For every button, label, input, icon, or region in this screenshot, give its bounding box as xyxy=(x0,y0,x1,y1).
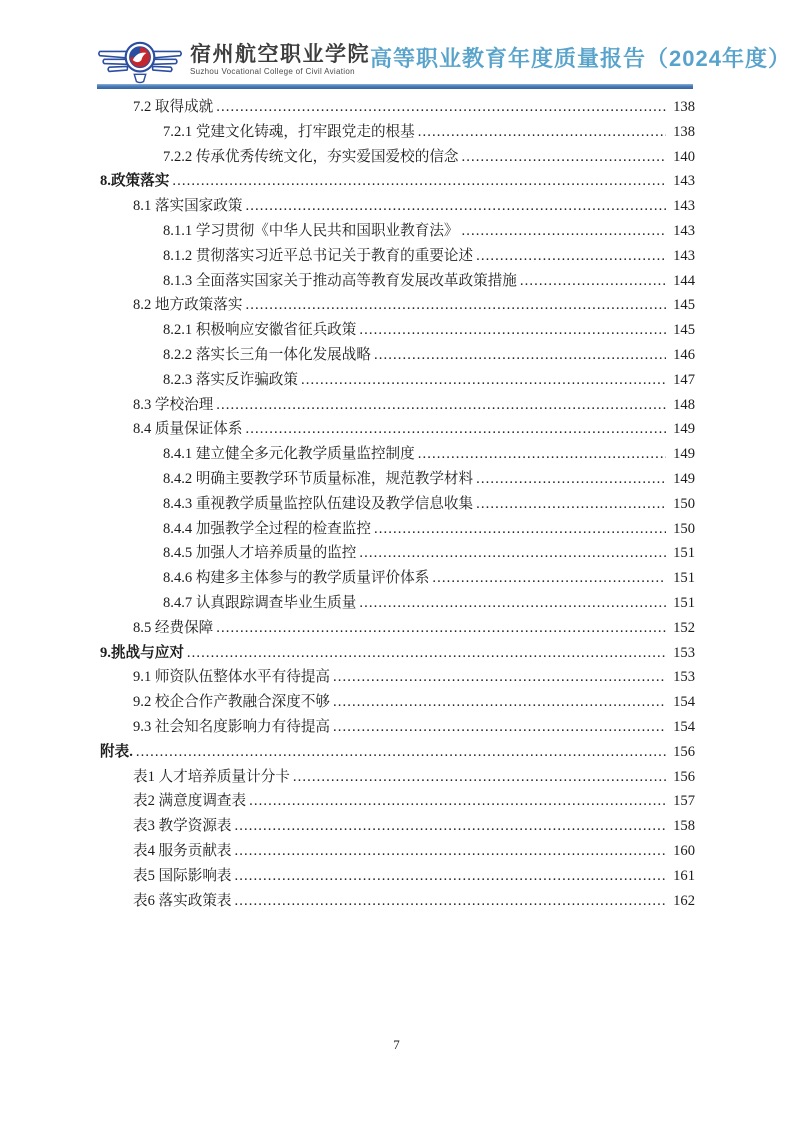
toc-leader-dots xyxy=(216,393,666,418)
toc-entry-label: 9.2 校企合作产教融合深度不够 xyxy=(133,690,330,715)
page-number: 7 xyxy=(0,1037,793,1053)
college-name-en: Suzhou Vocational College of Civil Aviat… xyxy=(190,67,370,77)
toc-entry-label: 8.4.2 明确主要教学环节质量标准，规范教学材料 xyxy=(163,467,473,492)
toc-entry-page: 154 xyxy=(668,715,695,740)
toc-entry-label: 7.2 取得成就 xyxy=(133,95,213,120)
toc-entry-page: 143 xyxy=(668,244,695,269)
toc-leader-dots xyxy=(476,244,666,269)
toc-entry-page: 144 xyxy=(668,269,695,294)
toc-entry-label: 8.2 地方政策落实 xyxy=(133,293,242,318)
toc-entry-label: 8.4.7 认真跟踪调查毕业生质量 xyxy=(163,591,356,616)
toc-entry-label: 8.2.2 落实长三角一体化发展战略 xyxy=(163,343,371,368)
toc-entry[interactable]: 8.4.1 建立健全多元化教学质量监控制度 149 xyxy=(100,442,695,467)
toc-entry-label: 8.4.4 加强教学全过程的检查监控 xyxy=(163,517,371,542)
toc-leader-dots xyxy=(333,715,666,740)
toc-list: 7.2 取得成就 138 7.2.1 党建文化铸魂，打牢跟党走的根基 138 7… xyxy=(100,95,695,913)
toc-leader-dots xyxy=(520,269,666,294)
toc-entry-label: 8.1 落实国家政策 xyxy=(133,194,242,219)
toc-entry-page: 148 xyxy=(668,393,695,418)
toc-entry-page: 160 xyxy=(668,839,695,864)
toc-entry[interactable]: 8.1 落实国家政策 143 xyxy=(100,194,695,219)
toc-entry-label: 表5 国际影响表 xyxy=(133,864,232,889)
toc-entry[interactable]: 8.4 质量保证体系 149 xyxy=(100,417,695,442)
toc-leader-dots xyxy=(293,765,666,790)
toc-entry-page: 156 xyxy=(668,740,695,765)
toc-entry[interactable]: 表6 落实政策表 162 xyxy=(100,889,695,914)
toc-entry[interactable]: 9.挑战与应对 153 xyxy=(100,641,695,666)
toc-entry-label: 8.3 学校治理 xyxy=(133,393,213,418)
toc-leader-dots xyxy=(462,145,666,170)
toc-entry-page: 153 xyxy=(668,641,695,666)
toc-entry-label: 表3 教学资源表 xyxy=(133,814,232,839)
toc-leader-dots xyxy=(235,814,666,839)
toc-leader-dots xyxy=(216,616,666,641)
toc-leader-dots xyxy=(359,541,666,566)
toc-entry-label: 8.4.3 重视教学质量监控队伍建设及教学信息收集 xyxy=(163,492,473,517)
toc-entry[interactable]: 8.2.2 落实长三角一体化发展战略 146 xyxy=(100,343,695,368)
toc-entry-label: 8.2.3 落实反诈骗政策 xyxy=(163,368,298,393)
toc-leader-dots xyxy=(172,169,666,194)
toc-leader-dots xyxy=(249,789,666,814)
report-title: 高等职业教育年度质量报告（2024年度） xyxy=(370,42,791,79)
toc-entry-page: 149 xyxy=(668,467,695,492)
toc-entry-label: 附表. xyxy=(100,740,133,765)
toc-entry-label: 7.2.1 党建文化铸魂，打牢跟党走的根基 xyxy=(163,120,415,145)
toc-entry-page: 154 xyxy=(668,690,695,715)
toc-leader-dots xyxy=(462,219,666,244)
toc-entry-page: 146 xyxy=(668,343,695,368)
toc-leader-dots xyxy=(235,864,666,889)
toc-entry[interactable]: 9.1 师资队伍整体水平有待提高 153 xyxy=(100,665,695,690)
toc-entry[interactable]: 表2 满意度调查表 157 xyxy=(100,789,695,814)
toc-entry[interactable]: 表1 人才培养质量计分卡 156 xyxy=(100,765,695,790)
toc-entry-label: 8.4.6 构建多主体参与的教学质量评价体系 xyxy=(163,566,429,591)
toc-entry[interactable]: 8.4.5 加强人才培养质量的监控 151 xyxy=(100,541,695,566)
toc-entry[interactable]: 8.1.1 学习贯彻《中华人民共和国职业教育法》 143 xyxy=(100,219,695,244)
toc-leader-dots xyxy=(235,889,666,914)
toc-entry-label: 8.4.1 建立健全多元化教学质量监控制度 xyxy=(163,442,415,467)
toc-entry[interactable]: 8.政策落实 143 xyxy=(100,169,695,194)
toc-entry-page: 149 xyxy=(668,417,695,442)
toc-entry[interactable]: 8.4.2 明确主要教学环节质量标准，规范教学材料 149 xyxy=(100,467,695,492)
page-header: 宿州航空职业学院 Suzhou Vocational College of Ci… xyxy=(97,34,694,86)
toc-entry-page: 150 xyxy=(668,492,695,517)
toc-entry-page: 143 xyxy=(668,194,695,219)
toc-leader-dots xyxy=(245,417,666,442)
toc-leader-dots xyxy=(333,665,666,690)
toc-entry[interactable]: 8.1.3 全面落实国家关于推动高等教育发展改革政策措施 144 xyxy=(100,269,695,294)
toc-entry-page: 143 xyxy=(668,169,695,194)
toc-entry-page: 158 xyxy=(668,814,695,839)
toc-leader-dots xyxy=(235,839,666,864)
toc-entry[interactable]: 8.4.6 构建多主体参与的教学质量评价体系 151 xyxy=(100,566,695,591)
toc-entry-page: 138 xyxy=(668,95,695,120)
toc-entry[interactable]: 8.5 经费保障 152 xyxy=(100,616,695,641)
toc-leader-dots xyxy=(301,368,666,393)
toc-entry-page: 138 xyxy=(668,120,695,145)
toc-entry-page: 143 xyxy=(668,219,695,244)
toc-leader-dots xyxy=(359,318,666,343)
toc-entry-page: 153 xyxy=(668,665,695,690)
toc-entry-page: 161 xyxy=(668,864,695,889)
toc-entry-label: 7.2.2 传承优秀传统文化，夯实爱国爱校的信念 xyxy=(163,145,459,170)
toc-entry-label: 8.政策落实 xyxy=(100,169,169,194)
toc-entry-label: 9.1 师资队伍整体水平有待提高 xyxy=(133,665,330,690)
header-divider-rule xyxy=(97,84,693,89)
toc-entry-page: 145 xyxy=(668,318,695,343)
toc-entry[interactable]: 8.2 地方政策落实 145 xyxy=(100,293,695,318)
college-logo: 宿州航空职业学院 Suzhou Vocational College of Ci… xyxy=(97,34,370,86)
toc-leader-dots xyxy=(359,591,666,616)
toc-leader-dots xyxy=(374,517,666,542)
wings-emblem-icon xyxy=(97,34,183,86)
toc-entry-page: 156 xyxy=(668,765,695,790)
toc-entry-label: 8.1.2 贯彻落实习近平总书记关于教育的重要论述 xyxy=(163,244,473,269)
toc-leader-dots xyxy=(333,690,666,715)
toc-entry[interactable]: 8.3 学校治理 148 xyxy=(100,393,695,418)
toc-leader-dots xyxy=(245,194,666,219)
toc-entry-label: 8.1.3 全面落实国家关于推动高等教育发展改革政策措施 xyxy=(163,269,517,294)
toc-entry-page: 157 xyxy=(668,789,695,814)
toc-entry[interactable]: 7.2 取得成就 138 xyxy=(100,95,695,120)
toc-entry-label: 8.1.1 学习贯彻《中华人民共和国职业教育法》 xyxy=(163,219,459,244)
toc-entry[interactable]: 9.2 校企合作产教融合深度不够 154 xyxy=(100,690,695,715)
toc-entry-page: 150 xyxy=(668,517,695,542)
toc-entry-page: 151 xyxy=(668,566,695,591)
toc-leader-dots xyxy=(187,641,666,666)
toc-entry[interactable]: 8.4.7 认真跟踪调查毕业生质量 151 xyxy=(100,591,695,616)
toc-leader-dots xyxy=(432,566,666,591)
toc-entry-label: 表4 服务贡献表 xyxy=(133,839,232,864)
toc-leader-dots xyxy=(136,740,666,765)
toc-leader-dots xyxy=(418,120,666,145)
toc-entry[interactable]: 附表. 156 xyxy=(100,740,695,765)
toc-leader-dots xyxy=(374,343,666,368)
toc-entry[interactable]: 8.2.1 积极响应安徽省征兵政策 145 xyxy=(100,318,695,343)
toc-leader-dots xyxy=(216,95,666,120)
toc-entry[interactable]: 表3 教学资源表 158 xyxy=(100,814,695,839)
toc-leader-dots xyxy=(476,492,666,517)
toc-entry[interactable]: 7.2.2 传承优秀传统文化，夯实爱国爱校的信念 140 xyxy=(100,145,695,170)
toc-entry-label: 9.3 社会知名度影响力有待提高 xyxy=(133,715,330,740)
toc-entry-page: 149 xyxy=(668,442,695,467)
toc-entry[interactable]: 表4 服务贡献表 160 xyxy=(100,839,695,864)
toc-entry-label: 8.4 质量保证体系 xyxy=(133,417,242,442)
toc-entry-label: 表6 落实政策表 xyxy=(133,889,232,914)
toc-entry-label: 表2 满意度调查表 xyxy=(133,789,246,814)
toc-entry-page: 147 xyxy=(668,368,695,393)
toc-entry[interactable]: 8.1.2 贯彻落实习近平总书记关于教育的重要论述 143 xyxy=(100,244,695,269)
toc-leader-dots xyxy=(245,293,666,318)
toc-leader-dots xyxy=(418,442,666,467)
toc-entry-label: 9.挑战与应对 xyxy=(100,641,184,666)
toc-entry-label: 8.2.1 积极响应安徽省征兵政策 xyxy=(163,318,356,343)
toc-leader-dots xyxy=(476,467,666,492)
toc-entry[interactable]: 8.4.3 重视教学质量监控队伍建设及教学信息收集 150 xyxy=(100,492,695,517)
toc-entry-page: 140 xyxy=(668,145,695,170)
toc-entry-label: 表1 人才培养质量计分卡 xyxy=(133,765,290,790)
toc-entry-page: 151 xyxy=(668,591,695,616)
toc-entry[interactable]: 8.4.4 加强教学全过程的检查监控 150 xyxy=(100,517,695,542)
toc-entry-page: 151 xyxy=(668,541,695,566)
toc-entry[interactable]: 表5 国际影响表 161 xyxy=(100,864,695,889)
toc-entry-label: 8.5 经费保障 xyxy=(133,616,213,641)
toc-entry-page: 145 xyxy=(668,293,695,318)
toc-entry[interactable]: 7.2.1 党建文化铸魂，打牢跟党走的根基 138 xyxy=(100,120,695,145)
document-page: 宿州航空职业学院 Suzhou Vocational College of Ci… xyxy=(0,0,793,1122)
toc-entry-page: 162 xyxy=(668,889,695,914)
college-name-cn: 宿州航空职业学院 xyxy=(190,43,370,67)
college-name-block: 宿州航空职业学院 Suzhou Vocational College of Ci… xyxy=(190,43,370,77)
toc-entry-page: 152 xyxy=(668,616,695,641)
toc-entry-label: 8.4.5 加强人才培养质量的监控 xyxy=(163,541,356,566)
toc-entry[interactable]: 8.2.3 落实反诈骗政策 147 xyxy=(100,368,695,393)
toc-entry[interactable]: 9.3 社会知名度影响力有待提高 154 xyxy=(100,715,695,740)
